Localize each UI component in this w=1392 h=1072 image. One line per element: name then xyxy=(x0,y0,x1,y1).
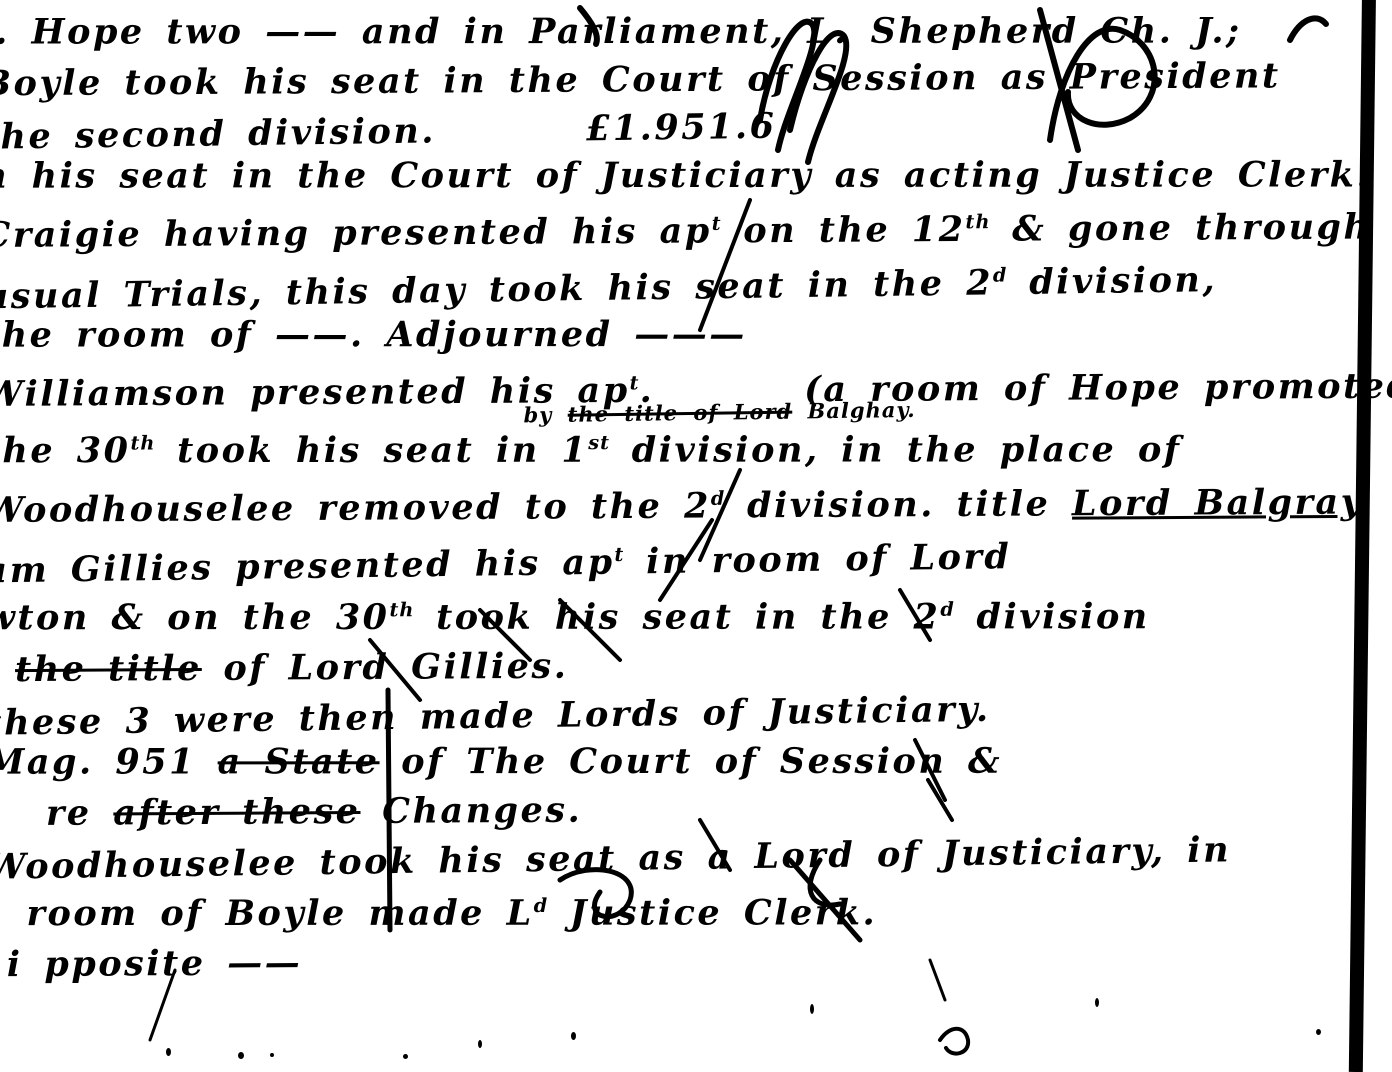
manuscript-line: . Hope two —— and in Parliament, L. Shep… xyxy=(0,7,1381,56)
manuscript-line: the room of ——. Adjourned ——— xyxy=(0,311,1383,360)
manuscript-segment: Lord Balgray xyxy=(1072,481,1364,524)
manuscript-segment: t xyxy=(629,372,639,395)
manuscript-segment: d xyxy=(993,263,1008,286)
ink-speck xyxy=(810,1004,814,1014)
manuscript-line: wton & on the 30th took his seat in the … xyxy=(0,585,1385,642)
manuscript-segment: Woodhouselee took his seat as a Lord of … xyxy=(0,829,1231,887)
ink-speck xyxy=(270,1053,274,1057)
manuscript-segment: £1.951.6 xyxy=(586,106,777,150)
manuscript-segment: d xyxy=(534,894,548,917)
manuscript-segment: division. title xyxy=(725,483,1072,526)
ink-speck xyxy=(403,1054,408,1059)
manuscript-line: the 30th took his seat in 1st division, … xyxy=(0,418,1384,475)
manuscript-segment: on the 12 xyxy=(722,209,966,251)
manuscript-line: Mag. 951 a State of The Court of Session… xyxy=(0,737,1386,786)
manuscript-segment: . Hope two —— and in Parliament, L. Shep… xyxy=(0,10,1242,52)
manuscript-segment: of Lord Gillies. xyxy=(202,645,569,688)
ink-speck xyxy=(478,1040,482,1048)
manuscript-segment: & gone through xyxy=(990,206,1371,249)
manuscript-segment: division, in the place of xyxy=(610,429,1181,470)
manuscript-line: h his seat in the Court of Justiciary as… xyxy=(0,151,1382,200)
manuscript-segment: the second division. xyxy=(0,110,436,157)
manuscript-segment: am Gillies presented his ap xyxy=(0,542,615,592)
manuscript-segment: took his seat in the 2 xyxy=(414,596,940,637)
manuscript-segment: i pposite —— xyxy=(7,943,303,986)
manuscript-segment: took his seat in 1 xyxy=(155,430,588,471)
manuscript-segment: Mag. 951 xyxy=(0,741,218,782)
manuscript-line: room of Boyle made Ld Justice Clerk. xyxy=(26,881,1386,938)
manuscript-segment: division, xyxy=(1007,259,1217,303)
manuscript-segment: th xyxy=(390,598,415,621)
manuscript-segment: re xyxy=(46,792,114,833)
manuscript-segment: in room of Lord xyxy=(624,536,1011,582)
manuscript-segment: d xyxy=(711,486,726,509)
manuscript-segment: d xyxy=(940,598,954,621)
manuscript-segment: Changes. xyxy=(360,789,582,831)
manuscript-segment: t xyxy=(712,212,722,235)
manuscript-segment: Boyle took his seat in the Court of Sess… xyxy=(0,55,1281,104)
manuscript-segment: after these xyxy=(113,791,360,834)
manuscript-segment: the room of ——. Adjourned ——— xyxy=(0,314,747,356)
manuscript-segment: Craigie having presented his ap xyxy=(0,210,712,255)
manuscript-segment: usual Trials, this day took his seat in … xyxy=(0,262,993,317)
manuscript-segment: th xyxy=(130,431,155,454)
manuscript-segment: the 30 xyxy=(0,430,130,471)
manuscript-segment: st xyxy=(588,431,610,454)
manuscript-segment: room of Boyle made L xyxy=(27,892,534,933)
manuscript-segment: the title xyxy=(15,648,202,690)
manuscript-segment: of The Court of Session & xyxy=(380,740,1003,782)
manuscript-segment: t xyxy=(614,543,624,566)
ink-speck xyxy=(166,1048,171,1056)
ink-speck xyxy=(1316,1029,1321,1035)
manuscript-segment: Woodhouselee removed to the 2 xyxy=(0,485,711,530)
ink-speck xyxy=(571,1032,576,1040)
manuscript-text: . Hope two —— and in Parliament, L. Shep… xyxy=(0,4,1387,990)
manuscript-page: . Hope two —— and in Parliament, L. Shep… xyxy=(0,0,1392,1059)
ink-speck xyxy=(1095,998,1099,1007)
manuscript-segment: h his seat in the Court of Justiciary as… xyxy=(0,154,1371,196)
manuscript-segment: a State xyxy=(218,741,380,782)
manuscript-segment: division xyxy=(955,596,1150,637)
manuscript-segment: th xyxy=(965,210,990,233)
manuscript-segment: Justice Clerk. xyxy=(548,892,877,933)
manuscript-segment: these 3 were then made Lords of Justicia… xyxy=(0,688,991,743)
manuscript-segment: wton & on the 30 xyxy=(0,597,390,638)
ink-speck xyxy=(238,1052,244,1059)
manuscript-line: i pposite —— xyxy=(7,933,1387,989)
